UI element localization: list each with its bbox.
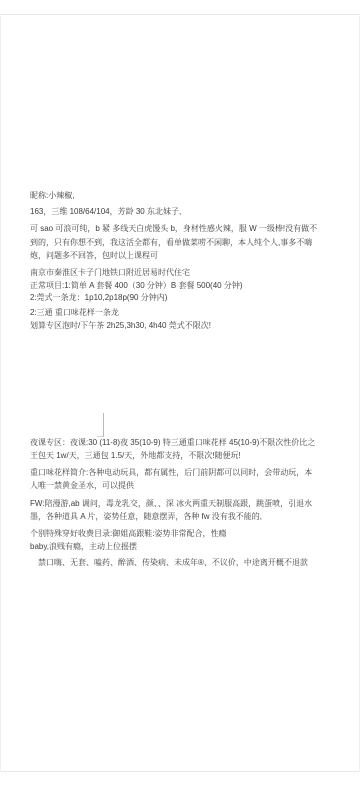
document-page: 昵称:小辣椒, 163，三维 108/64/104，芳龄 30 东北妹子, 可 …: [0, 0, 360, 800]
text-line: 到的，只有你想不到，我这活全都有，看单做菜唠不闲聊，本人纯个人,事多不嗨: [30, 237, 312, 248]
text-line: 正常项目:1:简单 A 套餐 400（30 分钟）B 套餐 500(40 分钟): [30, 280, 243, 291]
text-line: FW:陪漫游,ab 调问，毒龙乳交，颜、、深 冰火两重天制服高跟，跳蛋喷，引退水: [30, 498, 312, 509]
text-line: 墨，各种道具 A 片，姿势任意，随意摆弄，各种 fw 没有我不能的,: [30, 511, 262, 522]
page-border-left: [0, 14, 1, 772]
text-line: 禁口嗨、无套、嗑药、醉酒、传染病、未成年®、不议价，中途离开概不退款: [38, 557, 308, 568]
text-line: baby,浪贱有瘾，主动上位摇摆: [30, 541, 137, 552]
text-line: 2:三通 重口味花样一条龙: [30, 307, 119, 318]
text-line: 可 sao 可浪可纯，b 紧 多线天白虎馒头 b，身材性感火辣，服 W 一级棒!…: [30, 223, 317, 234]
text-line: 划算专区泡时/下午茶 2h25,3h30, 4h40 莞式不限次!: [30, 320, 211, 331]
text-line: 人唯一禁黄金圣水，可以提供: [30, 480, 134, 491]
text-line: 夜课专区：夜课:30 (11-8)夜 35(10-9) 特三通重口味花样 45(…: [30, 437, 315, 448]
text-line: 南京市秦淮区卡子门地铁口附近居易时代住宅: [30, 267, 190, 278]
text-line: 个别特殊穿好收费目录:御姐高跟鞋:姿势非常配合，性瘾: [30, 528, 226, 539]
text-line: 昵称:小辣椒,: [30, 190, 74, 201]
text-line: 163，三维 108/64/104，芳龄 30 东北妹子,: [30, 206, 181, 217]
text-line: 重口味花样简介:各种电动玩具，都有属性，后门前阴都可以同时，会带动玩，本: [30, 467, 312, 478]
text-line: 2:莞式一条龙：1p10,2p18p(90 分钟内): [30, 292, 167, 303]
page-border-top: [0, 14, 360, 15]
text-line: 炮，问题多不回答，包时以上课程可: [30, 250, 158, 261]
text-line: 王包天 1w/天，三通包 1.5/天，外地都支持，不限次!随便玩!: [30, 450, 241, 461]
cursor-artifact: [97, 413, 104, 437]
page-border-bottom: [0, 771, 360, 772]
